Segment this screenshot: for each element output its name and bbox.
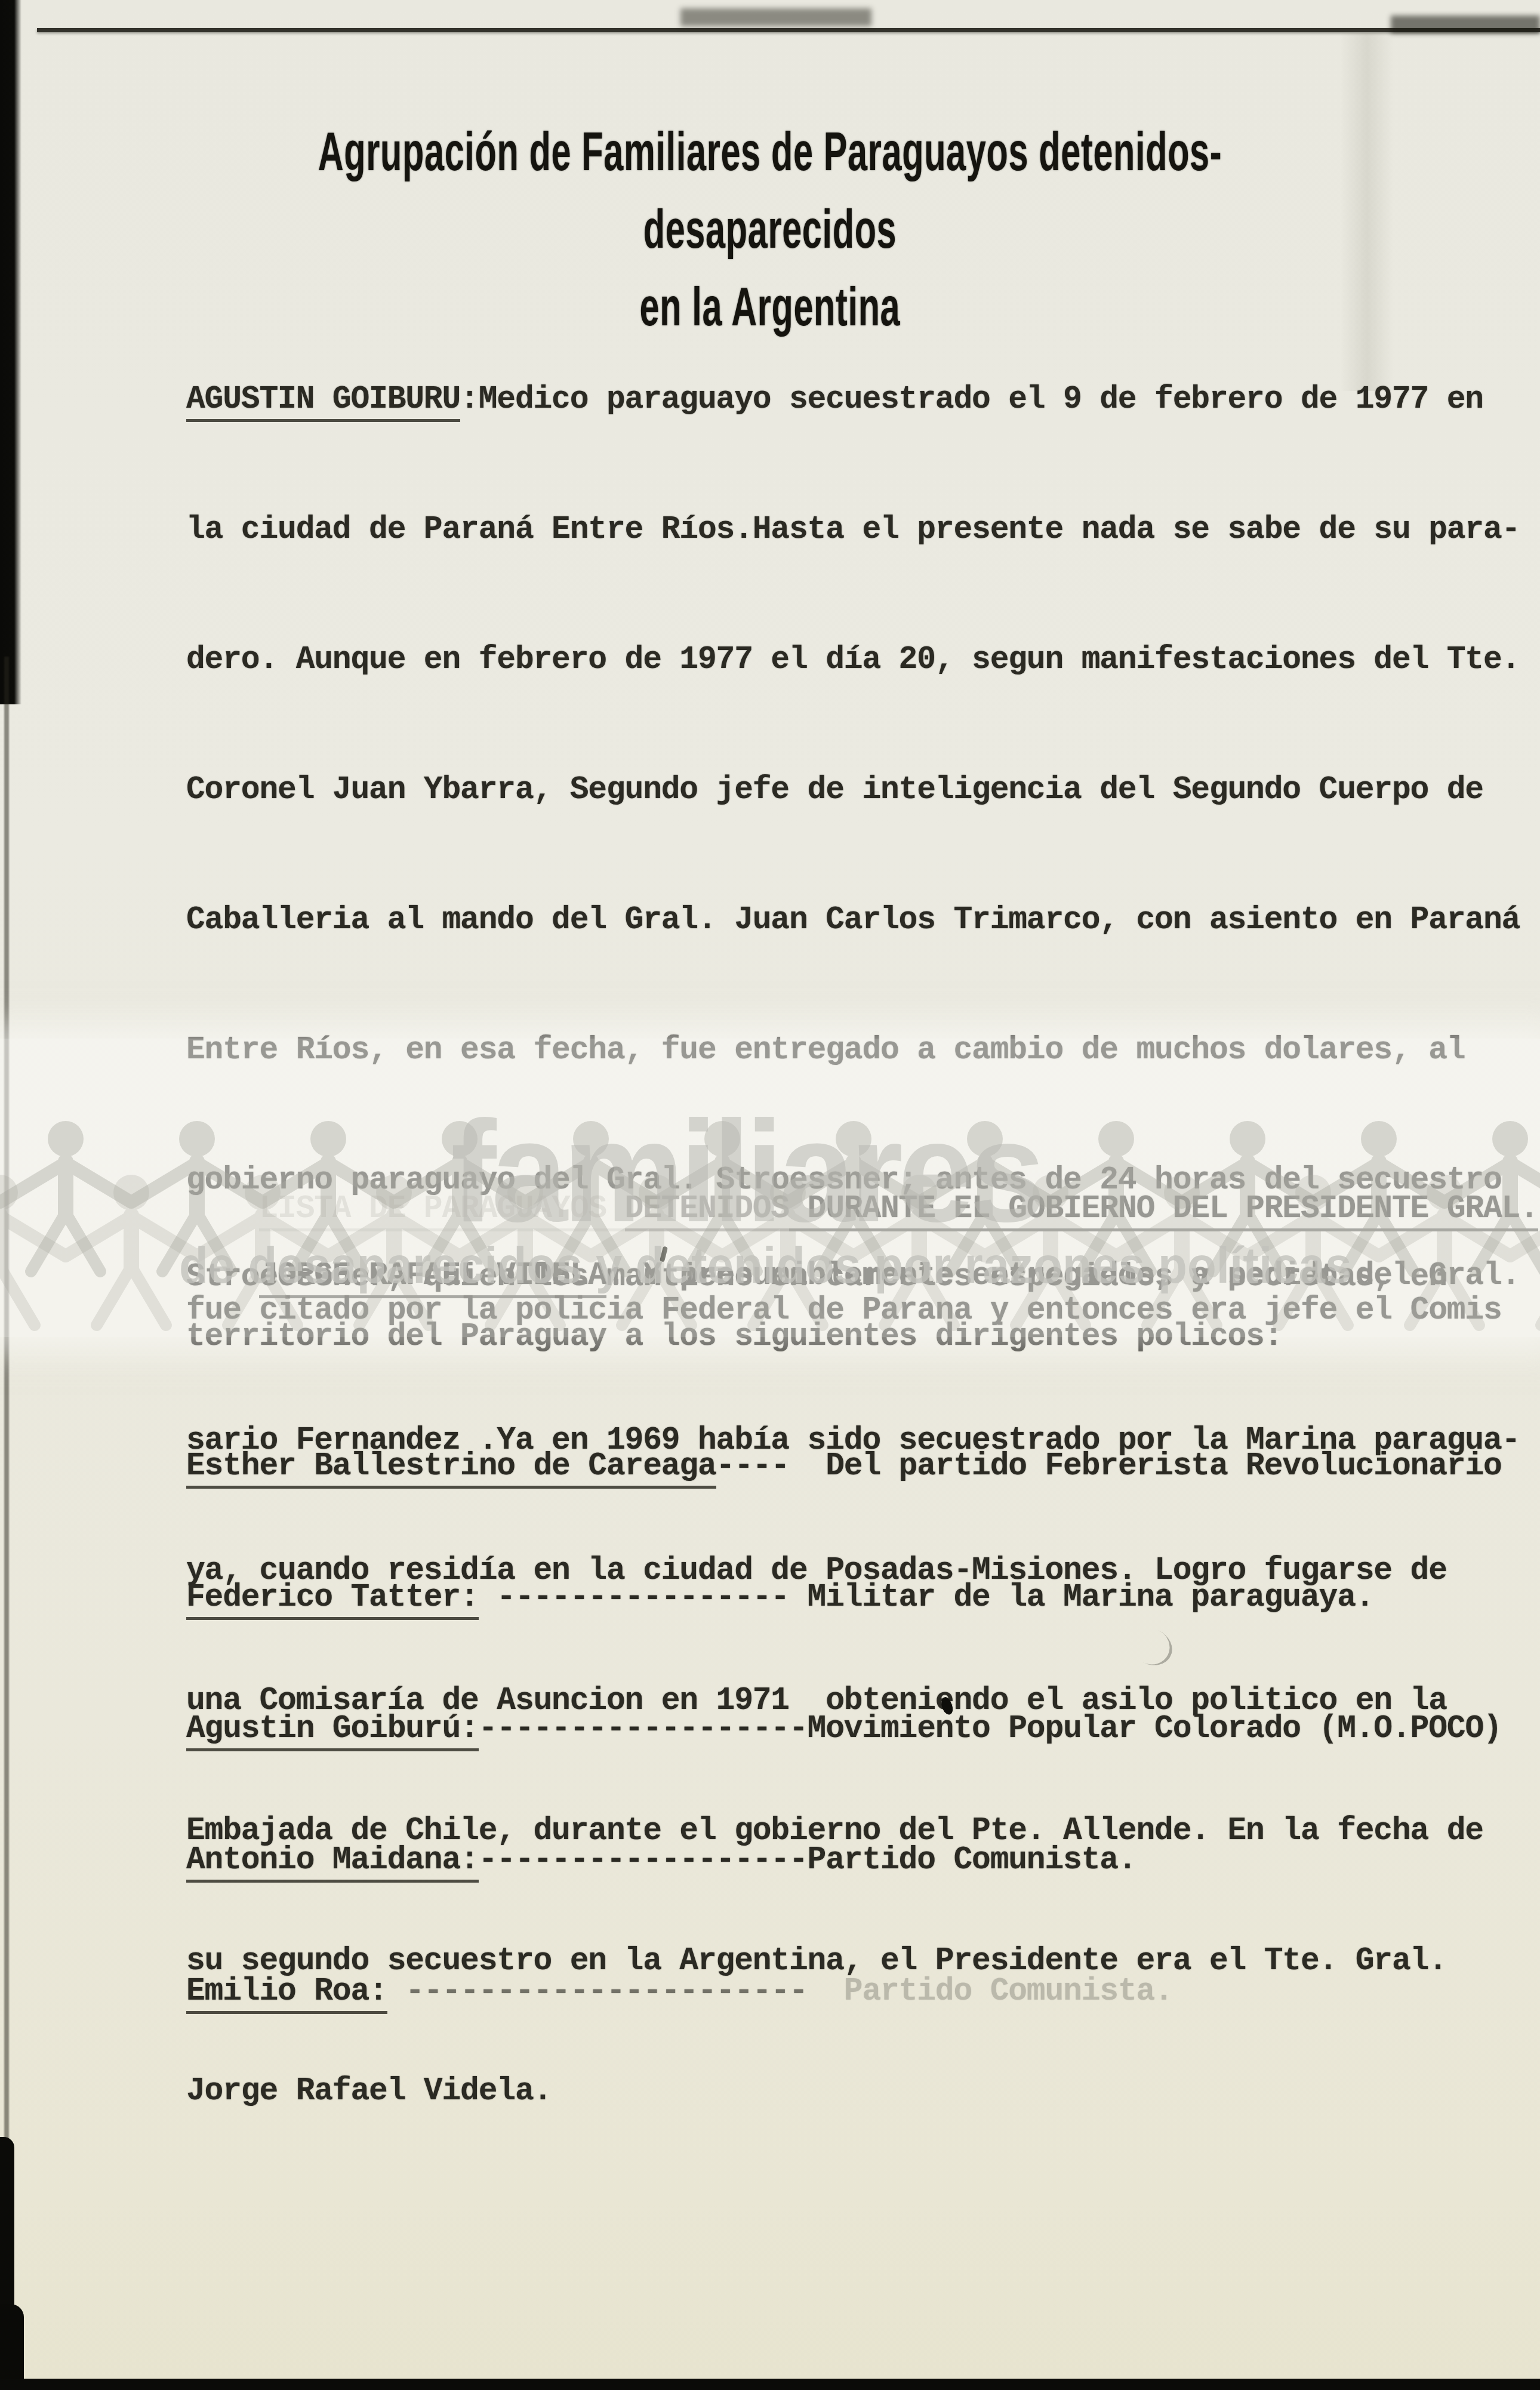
affiliation: Partido Comunista. xyxy=(808,1842,1136,1878)
affiliation: Del partido Febrerista Revolucionario xyxy=(826,1448,1501,1484)
list-item: Esther Ballestrino de Careaga---- Del pa… xyxy=(186,1436,1502,1496)
affiliation: Movimiento Popular Colorado (M.O.POCO) xyxy=(808,1711,1502,1747)
typed-line: la ciudad de Paraná Entre Ríos.Hasta el … xyxy=(186,500,1499,559)
typed-line: dero. Aunque en febrero de 1977 el día 2… xyxy=(186,630,1499,689)
scan-left-edge xyxy=(0,0,21,704)
typed-text: :Medico paraguayo secuestrado el 9 de fe… xyxy=(460,381,1483,417)
dash-leader: ------------------ xyxy=(479,1842,808,1878)
page-title-line1: Agrupación de Familiares de Paraguayos d… xyxy=(0,113,1540,269)
list-item: Federico Tatter: ---------------- Milita… xyxy=(186,1567,1502,1627)
person-name: Esther Ballestrino de Careaga xyxy=(186,1448,716,1489)
person-name: Agustin Goiburú: xyxy=(186,1711,479,1751)
typed-line: Caballeria al mando del Gral. Juan Carlo… xyxy=(186,891,1499,949)
person-name: AGUSTIN GOIBURU xyxy=(186,381,460,422)
affiliation: Militar de la Marina paraguaya. xyxy=(808,1579,1374,1615)
list-item: Emilio Roa: ---------------------- Parti… xyxy=(186,1961,1502,2021)
scan-smudge xyxy=(680,8,871,26)
typed-line: Coronel Juan Ybarra, Segundo jefe de int… xyxy=(186,760,1499,819)
scan-left-edge xyxy=(0,2304,24,2390)
scan-left-edge xyxy=(4,657,9,2185)
affiliation: Partido Comunista. xyxy=(844,1973,1173,2009)
person-name: Antonio Maidana: xyxy=(186,1842,479,1883)
detainees-list: Esther Ballestrino de Careaga---- Del pa… xyxy=(186,1365,1502,2093)
person-name: Emilio Roa: xyxy=(186,1973,387,2014)
person-name: Federico Tatter: xyxy=(186,1579,479,1620)
dash-leader: ---------------- xyxy=(479,1579,808,1615)
watermark-tagline: de desaparecidos y detenidos por razones… xyxy=(179,1237,1352,1294)
dash-leader: ---------------------- xyxy=(387,1973,844,2009)
scan-top-edge xyxy=(37,28,1540,32)
list-item: Antonio Maidana:------------------Partid… xyxy=(186,1830,1502,1890)
document-scan: Agrupación de Familiares de Paraguayos d… xyxy=(0,0,1540,2390)
dash-leader: ------------------ xyxy=(479,1711,808,1747)
dash-leader: ---- xyxy=(716,1448,826,1484)
scan-smudge xyxy=(1391,16,1540,33)
scan-bottom-edge xyxy=(0,2379,1540,2390)
watermark-brand: familiares xyxy=(451,1099,1040,1244)
list-item: Agustin Goiburú:------------------Movimi… xyxy=(186,1699,1502,1758)
typed-line: AGUSTIN GOIBURU:Medico paraguayo secuest… xyxy=(186,370,1499,429)
